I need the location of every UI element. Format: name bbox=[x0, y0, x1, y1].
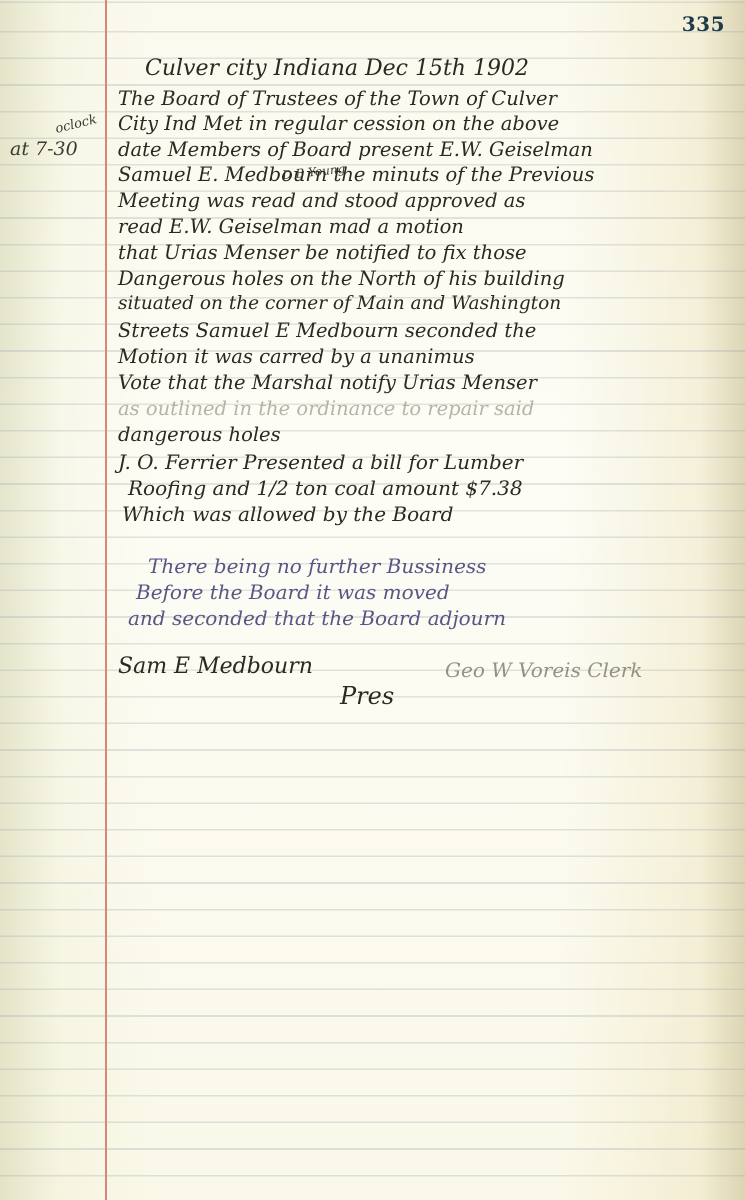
minutes-line: J. O. Ferrier Presented a bill for Lumbe… bbox=[118, 452, 523, 472]
minutes-heading: Culver city Indiana Dec 15th 1902 bbox=[145, 58, 529, 80]
minutes-line: read E.W. Geiselman mad a motion bbox=[118, 217, 464, 237]
adjournment-line: and seconded that the Board adjourn bbox=[128, 608, 506, 628]
president-signature: Sam E Medbourn bbox=[118, 656, 313, 678]
adjournment-line: There being no further Bussiness bbox=[148, 556, 486, 576]
minutes-line: Streets Samuel E Medbourn seconded the bbox=[118, 321, 536, 341]
minutes-line: City Ind Met in regular cession on the a… bbox=[118, 114, 559, 134]
minutes-line: situated on the corner of Main and Washi… bbox=[118, 295, 561, 314]
minutes-line: The Board of Trustees of the Town of Cul… bbox=[118, 89, 557, 109]
minutes-line: date Members of Board present E.W. Geise… bbox=[118, 140, 593, 160]
minutes-line: Dangerous holes on the North of his buil… bbox=[118, 269, 565, 289]
margin-note-time: at 7-30 bbox=[10, 140, 78, 159]
minutes-line: Samuel E. Medbourn the minuts of the Pre… bbox=[118, 165, 594, 185]
adjournment-line: Before the Board it was moved bbox=[136, 582, 450, 602]
minutes-line: Roofing and 1/2 ton coal amount $7.38 bbox=[128, 478, 523, 498]
margin-line bbox=[105, 0, 107, 1200]
minutes-line: dangerous holes bbox=[118, 425, 281, 445]
ledger-page: 335 at 7-30 oclock D B Young Culver city… bbox=[0, 0, 745, 1200]
minutes-line: that Urias Menser be notified to fix tho… bbox=[118, 243, 527, 263]
minutes-line: Vote that the Marshal notify Urias Mense… bbox=[118, 373, 537, 393]
minutes-line: Motion it was carred by a unanimus bbox=[118, 347, 475, 367]
clerk-signature: Geo W Voreis Clerk bbox=[445, 660, 642, 680]
minutes-line: Which was allowed by the Board bbox=[122, 504, 453, 524]
page-number: 335 bbox=[682, 12, 725, 36]
president-title: Pres bbox=[340, 684, 394, 708]
minutes-line: Meeting was read and stood approved as bbox=[118, 191, 525, 211]
minutes-line-faded: as outlined in the ordinance to repair s… bbox=[118, 399, 534, 419]
